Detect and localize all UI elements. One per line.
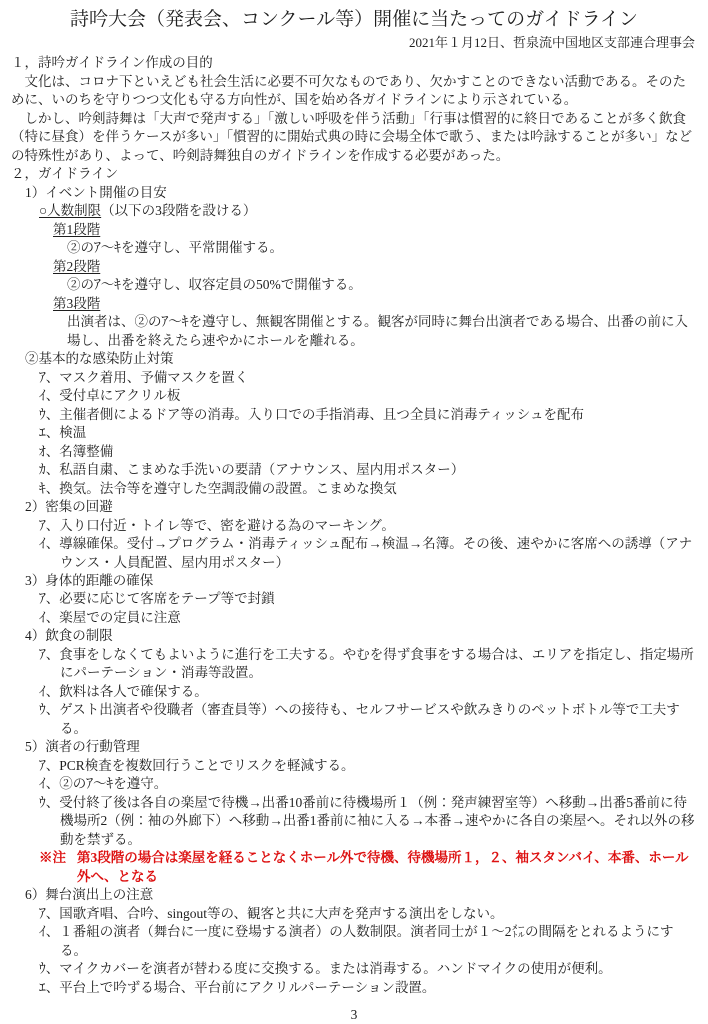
purpose-paragraph-1: 文化は、コロナ下といえども社会生活に必要不可欠なものであり、欠かすことのできない… — [11, 73, 697, 110]
stage-2-text: ②のｱ～ｷを遵守し、収容定員の50%で開催する。 — [11, 276, 697, 294]
document-dateline: 2021年１月12日、哲泉流中国地区支部連合理事会 — [11, 34, 695, 52]
red-note-label: ※注 — [39, 849, 66, 886]
basic-measures-item: ｴ、検温 — [39, 424, 697, 442]
basic-measures-heading: ②基本的な感染防止対策 — [11, 350, 697, 368]
basic-measures-item: ｳ、主催者側によるドア等の消毒。入り口での手指消毒、且つ全員に消毒ティッシュを配… — [39, 406, 697, 424]
red-note-text: 第3段階の場合は楽屋を経ることなくホール外で待機、待機場所１，２、袖スタンバイ、… — [77, 849, 697, 886]
document-title: 詩吟大会（発表会、コンクール等）開催に当たってのガイドライン — [11, 7, 697, 33]
section-3-item: ｲ、楽屋での定員に注意 — [39, 609, 697, 627]
capacity-limit-label: ○人数制限 — [39, 203, 101, 218]
event-target-heading: 1）イベント開催の目安 — [11, 184, 697, 202]
purpose-paragraph-2: しかし、吟剣詩舞は「大声で発声する」「激しい呼吸を伴う活動」「行事は慣習的に終日… — [11, 110, 697, 165]
section-6-item: ｲ、１番組の演者（舞台に一度に登場する演者）の人数制限。演者同士が１～2㍍の間隔… — [39, 923, 697, 960]
basic-measures-item: ｷ、換気。法令等を遵守した空調設備の設置。こまめな換気 — [39, 480, 697, 498]
section-5-item: ｳ、受付終了後は各自の楽屋で待機→出番10番前に待機場所１（例：発声練習室等）へ… — [39, 794, 697, 849]
section-6-item: ｴ、平台上で吟ずる場合、平台前にアクリルパーテーション設置。 — [39, 979, 697, 997]
stage-3-text: 出演者は、②のｱ～ｷを遵守し、無観客開催とする。観客が同時に舞台出演者である場合… — [11, 313, 697, 350]
section-5-item: ｲ、②のｱ～ｷを遵守。 — [39, 775, 697, 793]
stage-3-heading-line: 第3段階 — [11, 295, 697, 313]
stage-2-heading-line: 第2段階 — [11, 258, 697, 276]
capacity-limit-note: （以下の3段階を設ける） — [101, 203, 256, 218]
basic-measures-item: ｱ、マスク着用、予備マスクを置く — [39, 369, 697, 387]
section-6-heading: 6）舞台演出上の注意 — [11, 886, 697, 904]
stage-1-text: ②のｱ～ｷを遵守し、平常開催する。 — [11, 239, 697, 257]
basic-measures-item: ｲ、受付卓にアクリル板 — [39, 387, 697, 405]
section-3-heading: 3）身体的距離の確保 — [11, 572, 697, 590]
stage-3-red-note: ※注 第3段階の場合は楽屋を経ることなくホール外で待機、待機場所１，２、袖スタン… — [39, 849, 697, 886]
guideline-section-heading: ２，ガイドライン — [11, 165, 697, 183]
basic-measures-item: ｶ、私語自粛、こまめな手洗いの要請（アナウンス、屋内用ポスター） — [39, 461, 697, 479]
section-4-item: ｱ、食事をしなくてもよいように進行を工夫する。やむを得ず食事をする場合は、エリア… — [39, 646, 697, 683]
section-6-item: ｱ、国歌斉唱、合吟、singout等の、観客と共に大声を発声する演出をしない。 — [39, 905, 697, 923]
section-3-item: ｱ、必要に応じて客席をテープ等で封鎖 — [39, 590, 697, 608]
stage-1-heading: 第1段階 — [53, 222, 100, 237]
capacity-limit-line: ○人数制限（以下の3段階を設ける） — [11, 202, 697, 220]
section-4-heading: 4）飲食の制限 — [11, 627, 697, 645]
section-6-item: ｳ、マイクカバーを演者が替わる度に交換する。または消毒する。ハンドマイクの使用が… — [39, 960, 697, 978]
stage-1-heading-line: 第1段階 — [11, 221, 697, 239]
section-2-heading: 2）密集の回避 — [11, 498, 697, 516]
section-2-item: ｱ、入り口付近・トイレ等で、密を避ける為のマーキング。 — [39, 517, 697, 535]
purpose-section-heading: １，詩吟ガイドライン作成の目的 — [11, 54, 697, 72]
section-2-item: ｲ、導線確保。受付→プログラム・消毒ティッシュ配布→検温→名簿。その後、速やかに… — [39, 535, 697, 572]
stage-3-heading: 第3段階 — [53, 296, 100, 311]
section-4-item: ｲ、飲料は各人で確保する。 — [39, 683, 697, 701]
section-5-item: ｱ、PCR検査を複数回行うことでリスクを軽減する。 — [39, 757, 697, 775]
stage-2-heading: 第2段階 — [53, 259, 100, 274]
basic-measures-item: ｵ、名簿整備 — [39, 443, 697, 461]
document-page: 詩吟大会（発表会、コンクール等）開催に当たってのガイドライン 2021年１月12… — [0, 0, 708, 1024]
page-number: 3 — [11, 1006, 697, 1024]
section-5-heading: 5）演者の行動管理 — [11, 738, 697, 756]
section-4-item: ｳ、ゲスト出演者や役職者（審査員等）への接待も、セルフサービスや飲みきりのペット… — [39, 701, 697, 738]
